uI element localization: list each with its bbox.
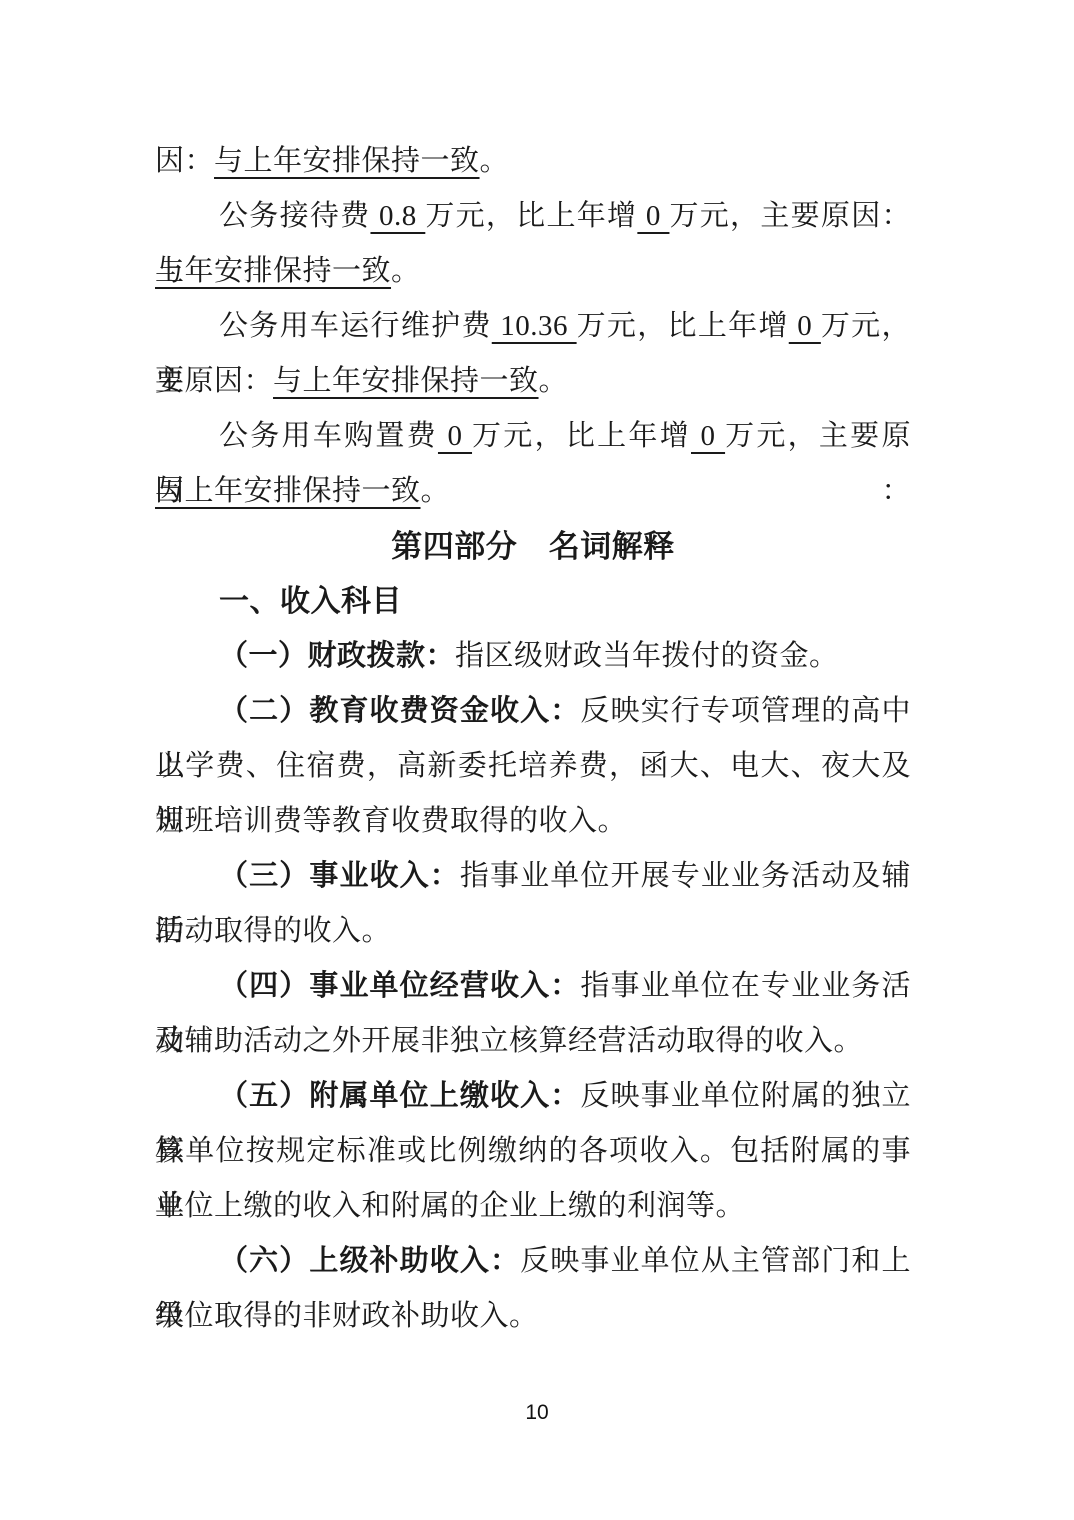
body-line: 及辅助活动之外开展非独立核算经营活动取得的收入。 [155, 1014, 911, 1069]
text-segment: 与上年安排保持一致 [155, 475, 421, 507]
text-segment: 活动取得的收入。 [155, 915, 391, 947]
text-segment: 与上年安排保持一致 [214, 145, 480, 177]
body-line: 单位取得的非财政补助收入。 [155, 1289, 911, 1344]
page-number: 10 [0, 1398, 1074, 1428]
body-line: 要原因：与上年安排保持一致。 [155, 354, 911, 409]
text-segment: 要原因： [155, 365, 273, 397]
text-segment: 与上年安排保持一致 [273, 365, 539, 397]
body-line: （五）附属单位上缴收入：反映事业单位附属的独立核 [155, 1069, 911, 1124]
text-segment: （六）上级补助收入： [219, 1245, 520, 1277]
text-segment: 一、收入科目 [219, 585, 402, 618]
body-line: （六）上级补助收入：反映事业单位从主管部门和上级 [155, 1234, 911, 1289]
body-line: （一）财政拨款：指区级财政当年拨付的资金。 [155, 629, 911, 684]
text-segment: （五）附属单位上缴收入： [219, 1080, 580, 1112]
text-segment: 0.8 [370, 200, 425, 232]
text-segment: 单位上缴的收入和附属的企业上缴的利润等。 [155, 1190, 745, 1222]
body-line: 公务接待费 0.8 万元，比上年增 0 万元，主要原因：与 [155, 189, 911, 244]
body-line: 上学费、住宿费，高新委托培养费，函大、电大、夜大及短 [155, 739, 911, 794]
body-line: 单位上缴的收入和附属的企业上缴的利润等。 [155, 1179, 911, 1234]
document-page: 因：与上年安排保持一致。公务接待费 0.8 万元，比上年增 0 万元，主要原因：… [0, 0, 1074, 1520]
text-segment: 0 [637, 200, 669, 232]
body-line: （四）事业单位经营收入：指事业单位在专业业务活动 [155, 959, 911, 1014]
body-line: （三）事业收入：指事业单位开展专业业务活动及辅助 [155, 849, 911, 904]
body-line: 上年安排保持一致。 [155, 244, 911, 299]
text-segment: （一）财政拨款： [219, 640, 455, 672]
text-segment: 。 [539, 365, 569, 397]
text-segment: （二）教育收费资金收入： [219, 695, 580, 727]
text-segment: 。 [480, 145, 510, 177]
body-line: （二）教育收费资金收入：反映实行专项管理的高中以 [155, 684, 911, 739]
section-subtitle: 一、收入科目 [155, 574, 911, 629]
text-segment: 单位取得的非财政补助收入。 [155, 1300, 539, 1332]
text-segment: （四）事业单位经营收入： [219, 970, 580, 1002]
text-segment: 公务用车运行维护费 [219, 310, 492, 342]
text-segment: 万元，比上年增 [425, 200, 637, 232]
text-segment: 万元，主要原因： [669, 200, 911, 232]
text-segment: 万元，比上年增 [577, 310, 789, 342]
body-line: 训班培训费等教育收费取得的收入。 [155, 794, 911, 849]
text-segment: 0 [438, 420, 472, 452]
text-segment: 0 [789, 310, 821, 342]
text-segment: 。 [391, 255, 421, 287]
text-segment: 及辅助活动之外开展非独立核算经营活动取得的收入。 [155, 1025, 863, 1057]
text-segment: 0 [691, 420, 725, 452]
text-segment: 上年安排保持一致 [155, 255, 391, 287]
body-line: 公务用车运行维护费 10.36 万元，比上年增 0 万元，主 [155, 299, 911, 354]
text-segment: 训班培训费等教育收费取得的收入。 [155, 805, 627, 837]
text-segment: 公务用车购置费 [219, 420, 438, 452]
text-segment: 指区级财政当年拨付的资金。 [455, 640, 839, 672]
text-segment: 。 [421, 475, 451, 507]
body-line: 活动取得的收入。 [155, 904, 911, 959]
body-line: 因：与上年安排保持一致。 [155, 134, 911, 189]
text-segment: 公务接待费 [219, 200, 370, 232]
body-line: 算单位按规定标准或比例缴纳的各项收入。包括附属的事业 [155, 1124, 911, 1179]
text-segment: （三）事业收入： [219, 860, 460, 892]
text-segment: 第四部分 名词解释 [391, 529, 675, 564]
text-segment: 万元，比上年增 [472, 420, 691, 452]
body-line: 公务用车购置费 0 万元，比上年增 0 万元，主要原因： [155, 409, 911, 464]
section-title: 第四部分 名词解释 [155, 519, 911, 574]
text-segment: 10.36 [492, 310, 577, 342]
text-segment: 因： [155, 145, 214, 177]
document-body: 因：与上年安排保持一致。公务接待费 0.8 万元，比上年增 0 万元，主要原因：… [155, 134, 911, 1344]
